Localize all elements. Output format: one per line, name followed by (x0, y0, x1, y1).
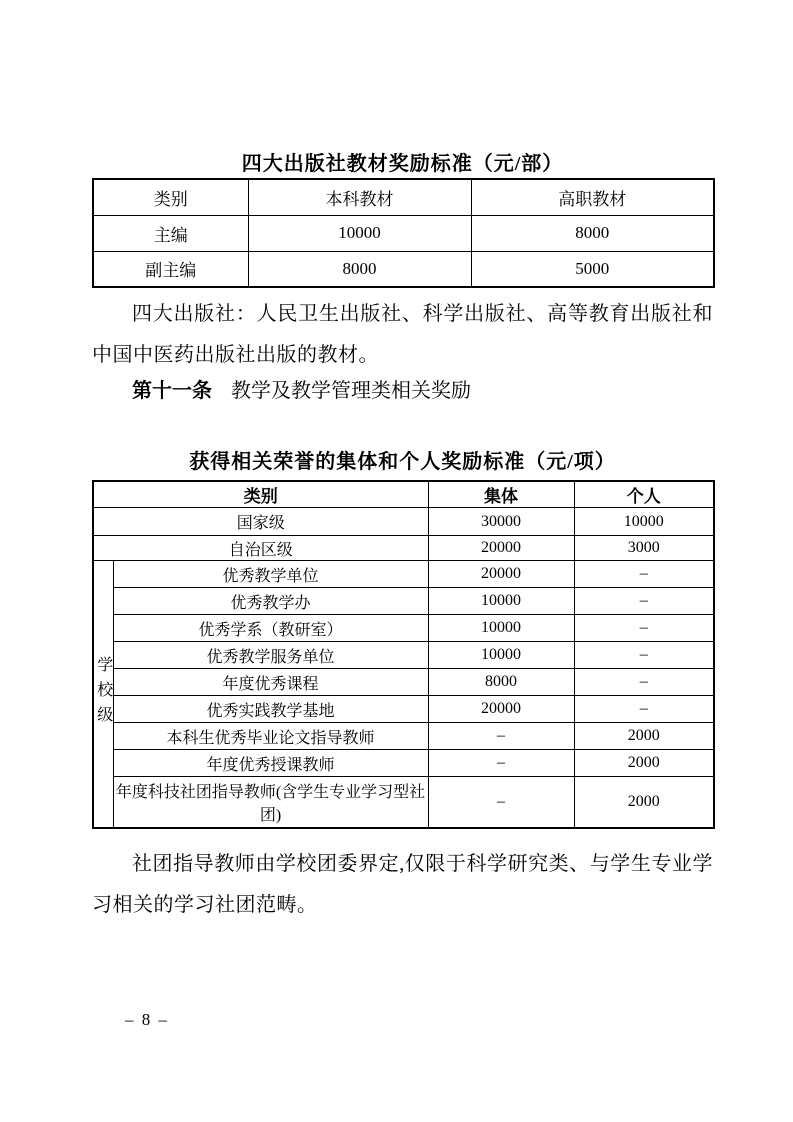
row-value-individual: 2000 (574, 777, 714, 828)
row-value-collective: 10000 (428, 615, 574, 642)
row-label: 优秀学系（教研室） (113, 615, 428, 642)
row-value-individual: 2000 (574, 750, 714, 777)
row-value-collective: 8000 (428, 669, 574, 696)
table1-header-undergrad: 本科教材 (248, 179, 471, 215)
row-value-vocational: 8000 (471, 215, 714, 251)
row-label: 主编 (93, 215, 248, 251)
row-value-individual: – (574, 669, 714, 696)
table2-title: 获得相关荣誉的集体和个人奖励标准（元/项） (92, 445, 713, 474)
row-value-collective: – (428, 723, 574, 750)
table-row: 本科生优秀毕业论文指导教师 – 2000 (93, 723, 714, 750)
row-value-collective: 20000 (428, 696, 574, 723)
table1-header-vocational: 高职教材 (471, 179, 714, 215)
row-label: 优秀实践教学基地 (113, 696, 428, 723)
row-value-individual: 10000 (574, 508, 714, 536)
table1-header-row: 类别 本科教材 高职教材 (93, 179, 714, 215)
row-value-individual: 2000 (574, 723, 714, 750)
row-value-vocational: 5000 (471, 251, 714, 287)
row-label: 年度优秀课程 (113, 669, 428, 696)
table-row: 优秀学系（教研室） 10000 – (93, 615, 714, 642)
table2-header-row: 类别 集体 个人 (93, 481, 714, 508)
table-row: 主编 10000 8000 (93, 215, 714, 251)
row-value-collective: 20000 (428, 561, 574, 588)
school-level-group-label: 学校级 (93, 561, 113, 828)
table1-title: 四大出版社教材奖励标准（元/部） (92, 147, 713, 176)
row-value-collective: 20000 (428, 536, 574, 561)
table2-honor-awards: 类别 集体 个人 国家级 30000 10000 自治区级 20000 3000 (92, 480, 715, 829)
row-value-undergrad: 10000 (248, 215, 471, 251)
row-label: 本科生优秀毕业论文指导教师 (113, 723, 428, 750)
row-label: 副主编 (93, 251, 248, 287)
row-value-undergrad: 8000 (248, 251, 471, 287)
row-value-individual: – (574, 696, 714, 723)
table-row: 自治区级 20000 3000 (93, 536, 714, 561)
table1-container: 类别 本科教材 高职教材 主编 10000 8000 副主编 8000 5000 (92, 178, 713, 288)
table-row: 副主编 8000 5000 (93, 251, 714, 287)
article-text: 教学及教学管理类相关奖励 (231, 380, 471, 402)
row-value-individual: 3000 (574, 536, 714, 561)
table-row: 优秀教学服务单位 10000 – (93, 642, 714, 669)
row-value-individual: – (574, 615, 714, 642)
table2-header-individual: 个人 (574, 481, 714, 508)
row-value-collective: – (428, 750, 574, 777)
paragraph-four-publishers: 四大出版社：人民卫生出版社、科学出版社、高等教育出版社和中国中医药出版社出版的教… (92, 294, 713, 376)
table1-publisher-awards: 类别 本科教材 高职教材 主编 10000 8000 副主编 8000 5000 (92, 178, 715, 288)
row-value-collective: 10000 (428, 588, 574, 615)
row-label: 优秀教学服务单位 (113, 642, 428, 669)
table-row: 年度优秀课程 8000 – (93, 669, 714, 696)
table-row: 年度科技社团指导教师(含学生专业学习型社团) – 2000 (93, 777, 714, 828)
table-row: 年度优秀授课教师 – 2000 (93, 750, 714, 777)
row-label: 年度科技社团指导教师(含学生专业学习型社团) (113, 777, 428, 828)
row-value-collective: – (428, 777, 574, 828)
table-row: 国家级 30000 10000 (93, 508, 714, 536)
article-number: 第十一条 (132, 380, 212, 402)
row-value-individual: – (574, 588, 714, 615)
table-row: 优秀教学办 10000 – (93, 588, 714, 615)
row-label: 优秀教学办 (113, 588, 428, 615)
document-page: 四大出版社教材奖励标准（元/部） 类别 本科教材 高职教材 主编 10000 8… (0, 0, 793, 1122)
table-row: 优秀实践教学基地 20000 – (93, 696, 714, 723)
table2-header-category: 类别 (93, 481, 428, 508)
row-label: 优秀教学单位 (113, 561, 428, 588)
row-value-collective: 10000 (428, 642, 574, 669)
row-label: 自治区级 (93, 536, 428, 561)
table2-container: 类别 集体 个人 国家级 30000 10000 自治区级 20000 3000 (92, 480, 713, 829)
article-11-heading: 第十一条教学及教学管理类相关奖励 (92, 374, 713, 403)
row-label: 国家级 (93, 508, 428, 536)
document-content: 四大出版社教材奖励标准（元/部） 类别 本科教材 高职教材 主编 10000 8… (92, 0, 713, 1122)
table2-header-collective: 集体 (428, 481, 574, 508)
paragraph-society-advisor-note: 社团指导教师由学校团委界定,仅限于科学研究类、与学生专业学习相关的学习社团范畴。 (92, 844, 713, 926)
row-value-individual: – (574, 561, 714, 588)
table1-header-category: 类别 (93, 179, 248, 215)
page-number: – 8 – (125, 1010, 169, 1030)
row-label: 年度优秀授课教师 (113, 750, 428, 777)
row-value-collective: 30000 (428, 508, 574, 536)
row-value-individual: – (574, 642, 714, 669)
table-row: 学校级 优秀教学单位 20000 – (93, 561, 714, 588)
